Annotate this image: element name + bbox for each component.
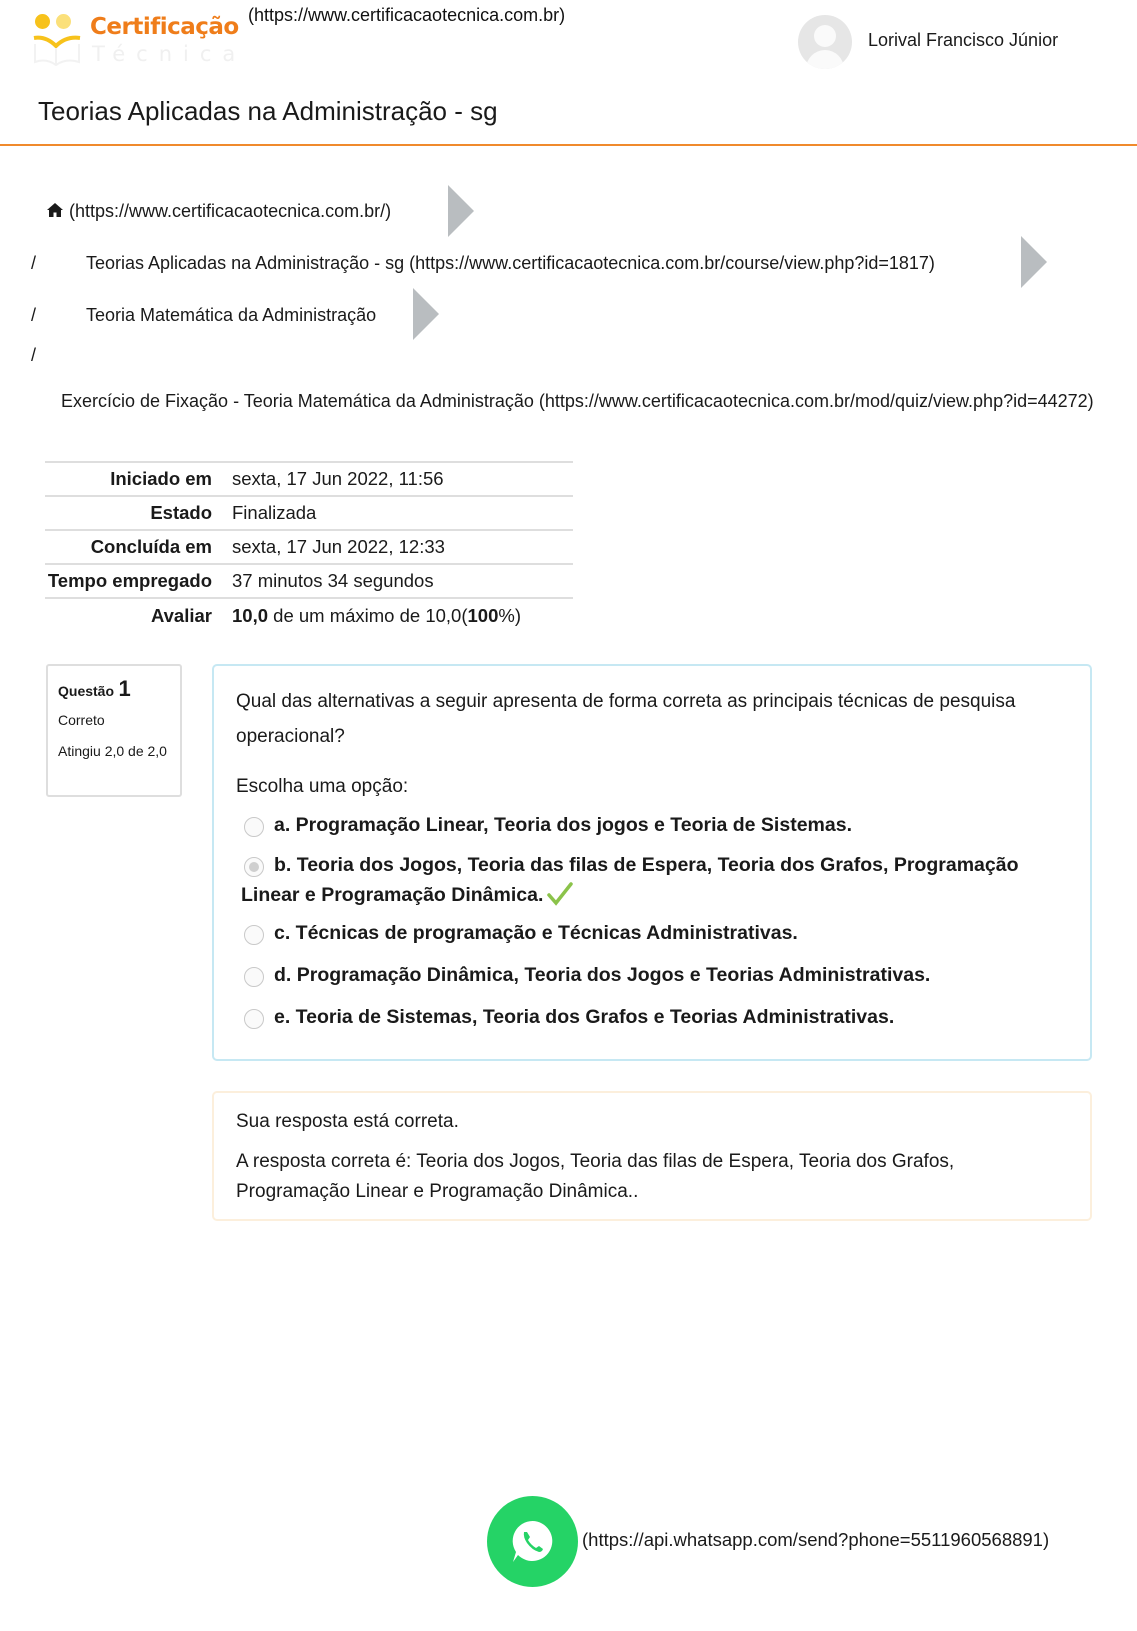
question-text: Qual das alternativas a seguir apresenta… (236, 684, 1066, 754)
breadcrumb-item-section[interactable]: Teoria Matemática da Administração (86, 305, 376, 326)
page-title: Teorias Aplicadas na Administração - sg (38, 96, 498, 127)
answer-label: c. Técnicas de programação e Técnicas Ad… (244, 918, 1064, 948)
user-name[interactable]: Lorival Francisco Júnior (868, 30, 1058, 51)
radio-button[interactable] (244, 967, 264, 987)
breadcrumb-item-course[interactable]: Teorias Aplicadas na Administração - sg … (86, 253, 935, 274)
answer-option-b[interactable]: b. Teoria dos Jogos, Teoria das filas de… (244, 850, 1064, 910)
correct-check-icon (547, 881, 573, 907)
grade-suffix: %) (498, 605, 521, 626)
book-icon (32, 32, 82, 66)
answer-label: b. Teoria dos Jogos, Teoria das filas de… (244, 850, 1064, 880)
grade-middle: de um máximo de 10,0( (268, 605, 467, 626)
row-label: Avaliar (45, 598, 232, 632)
answer-option-e[interactable]: e. Teoria de Sistemas, Teoria dos Grafos… (244, 1002, 1064, 1032)
logo-brand-text: Certificação (90, 14, 239, 40)
answer-option-d[interactable]: d. Programação Dinâmica, Teoria dos Jogo… (244, 960, 1064, 990)
row-label: Estado (45, 496, 232, 530)
table-row: Tempo empregado 37 minutos 34 segundos (45, 564, 573, 598)
home-icon[interactable] (46, 202, 64, 218)
attempt-summary-table: Iniciado em sexta, 17 Jun 2022, 11:56 Es… (45, 461, 573, 632)
breadcrumb-arrow-icon (413, 288, 439, 340)
whatsapp-icon (508, 1517, 557, 1566)
whatsapp-link[interactable]: (https://api.whatsapp.com/send?phone=551… (582, 1529, 1049, 1551)
answer-option-a[interactable]: a. Programação Linear, Teoria dos jogos … (244, 810, 1064, 840)
breadcrumb-separator: / (31, 345, 36, 366)
radio-button[interactable] (244, 817, 264, 837)
site-logo[interactable]: Certificação Técnica (32, 12, 242, 68)
grade-score: 10,0 (232, 605, 268, 626)
question-number-value: 1 (118, 676, 130, 701)
grade-value: 10,0 de um máximo de 10,0(100%) (232, 598, 573, 632)
breadcrumb-separator: / (31, 305, 36, 326)
site-link[interactable]: (https://www.certificacaotecnica.com.br) (248, 5, 565, 26)
breadcrumb-arrow-icon (1021, 236, 1047, 288)
radio-button-selected[interactable] (244, 857, 264, 877)
question-state: Correto (58, 712, 170, 728)
answer-label-continued: Linear e Programação Dinâmica. (241, 880, 1064, 910)
row-value: Finalizada (232, 496, 573, 530)
question-content: Qual das alternativas a seguir apresenta… (212, 664, 1092, 1061)
table-row: Concluída em sexta, 17 Jun 2022, 12:33 (45, 530, 573, 564)
radio-button[interactable] (244, 1009, 264, 1029)
grade-percent: 100 (468, 605, 499, 626)
row-label: Concluída em (45, 530, 232, 564)
answer-label: d. Programação Dinâmica, Teoria dos Jogo… (244, 960, 1064, 990)
breadcrumb-arrow-icon (448, 185, 474, 237)
row-value: sexta, 17 Jun 2022, 11:56 (232, 462, 573, 496)
avatar[interactable] (798, 15, 852, 69)
row-label: Iniciado em (45, 462, 232, 496)
breadcrumb-separator: / (31, 253, 36, 274)
question-number: Questão 1 (58, 676, 170, 702)
header-divider (0, 144, 1137, 146)
radio-button[interactable] (244, 925, 264, 945)
breadcrumb-home-link[interactable]: (https://www.certificacaotecnica.com.br/… (69, 201, 391, 222)
row-label: Tempo empregado (45, 564, 232, 598)
answer-label: a. Programação Linear, Teoria dos jogos … (244, 810, 1064, 840)
row-value: sexta, 17 Jun 2022, 12:33 (232, 530, 573, 564)
feedback-correct-answer: A resposta correta é: Teoria dos Jogos, … (236, 1147, 1036, 1207)
answer-label: e. Teoria de Sistemas, Teoria dos Grafos… (244, 1002, 1064, 1032)
table-row: Estado Finalizada (45, 496, 573, 530)
table-row: Iniciado em sexta, 17 Jun 2022, 11:56 (45, 462, 573, 496)
question-grade: Atingiu 2,0 de 2,0 (58, 740, 170, 762)
answer-prompt: Escolha uma opção: (236, 776, 408, 798)
table-row: Avaliar 10,0 de um máximo de 10,0(100%) (45, 598, 573, 632)
question-info: Questão 1 Correto Atingiu 2,0 de 2,0 (46, 664, 182, 797)
feedback-status: Sua resposta está correta. (236, 1111, 459, 1133)
question-label: Questão (58, 683, 114, 699)
logo-sub-text: Técnica (92, 42, 246, 66)
whatsapp-button[interactable] (487, 1496, 578, 1587)
feedback-box: Sua resposta está correta. A resposta co… (212, 1091, 1092, 1221)
answer-option-c[interactable]: c. Técnicas de programação e Técnicas Ad… (244, 918, 1064, 948)
row-value: 37 minutos 34 segundos (232, 564, 573, 598)
breadcrumb-item-quiz[interactable]: Exercício de Fixação - Teoria Matemática… (61, 386, 1111, 416)
